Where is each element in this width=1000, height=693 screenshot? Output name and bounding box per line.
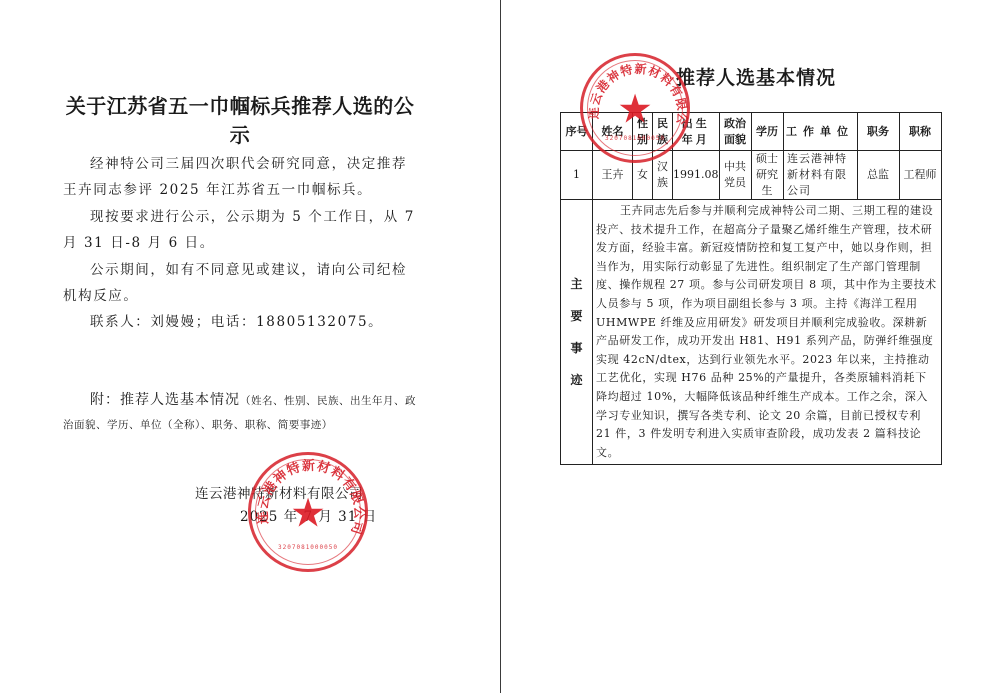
cell-birth: 1991.08 <box>673 151 720 200</box>
header-name: 姓名 <box>593 113 633 151</box>
paragraph-feedback: 公示期间，如有不同意见或建议，请向公司纪检机构反应。 <box>63 257 418 309</box>
cell-sex: 女 <box>633 151 653 200</box>
header-no: 序号 <box>561 113 593 151</box>
header-position: 职务 <box>857 113 899 151</box>
cell-no: 1 <box>561 151 593 200</box>
document-title: 关于江苏省五一巾帼标兵推荐人选的公示 <box>60 90 420 148</box>
cell-organization: 连云港神特新材料有限公司 <box>783 151 857 200</box>
header-title: 职称 <box>899 113 941 151</box>
table-header-row: 序号 姓名 性别 民族 出生年月 政治面貌 学历 工作单位 职务 职称 <box>561 113 942 151</box>
cell-title: 工程师 <box>899 151 941 200</box>
header-ethnicity: 民族 <box>653 113 673 151</box>
table-title: 推荐人选基本情况 <box>676 63 836 90</box>
paragraph-contact: 联系人：刘嫚嫚；电话：18805132075。 <box>63 309 418 335</box>
header-sex: 性别 <box>633 113 653 151</box>
table-row: 1 王卉 女 汉族 1991.08 中共党员 硕士研究生 连云港神特新材料有限公… <box>561 151 942 200</box>
header-organization: 工作单位 <box>783 113 857 151</box>
signature-date: 2025 年 7 月 31 日 <box>240 505 377 525</box>
left-page-notice: 关于江苏省五一巾帼标兵推荐人选的公示 经神特公司三届四次职代会研究同意，决定推荐… <box>0 0 500 693</box>
cell-education: 硕士研究生 <box>751 151 783 200</box>
cell-ethnicity: 汉族 <box>653 151 673 200</box>
deeds-label: 主 要 事 迹 <box>561 200 593 465</box>
signature-company: 连云港神特新材料有限公司 <box>195 482 363 502</box>
paragraph-publicity-period: 现按要求进行公示，公示期为 5 个工作日，从 7 月 31 日-8 月 6 日。 <box>63 204 418 256</box>
cell-position: 总监 <box>857 151 899 200</box>
deeds-row: 主 要 事 迹 王卉同志先后参与并顺利完成神特公司二期、三期工程的建设投产、技术… <box>561 200 942 465</box>
header-birth: 出生年月 <box>673 113 720 151</box>
candidate-info-table: 序号 姓名 性别 民族 出生年月 政治面貌 学历 工作单位 职务 职称 1 王卉… <box>560 112 942 465</box>
cell-political: 中共党员 <box>719 151 751 200</box>
attachment-label: 附：推荐人选基本情况 <box>90 392 240 408</box>
deeds-text: 王卉同志先后参与并顺利完成神特公司二期、三期工程的建设投产、技术提升工作，在超高… <box>593 200 942 465</box>
paragraph-recommendation: 经神特公司三届四次职代会研究同意，决定推荐王卉同志参评 2025 年江苏省五一巾… <box>63 151 418 203</box>
header-education: 学历 <box>751 113 783 151</box>
attachment-note: 附：推荐人选基本情况（姓名、性别、民族、出生年月、政治面貌、学历、单位（全称）、… <box>63 388 423 436</box>
cell-name: 王卉 <box>593 151 633 200</box>
header-political: 政治面貌 <box>719 113 751 151</box>
